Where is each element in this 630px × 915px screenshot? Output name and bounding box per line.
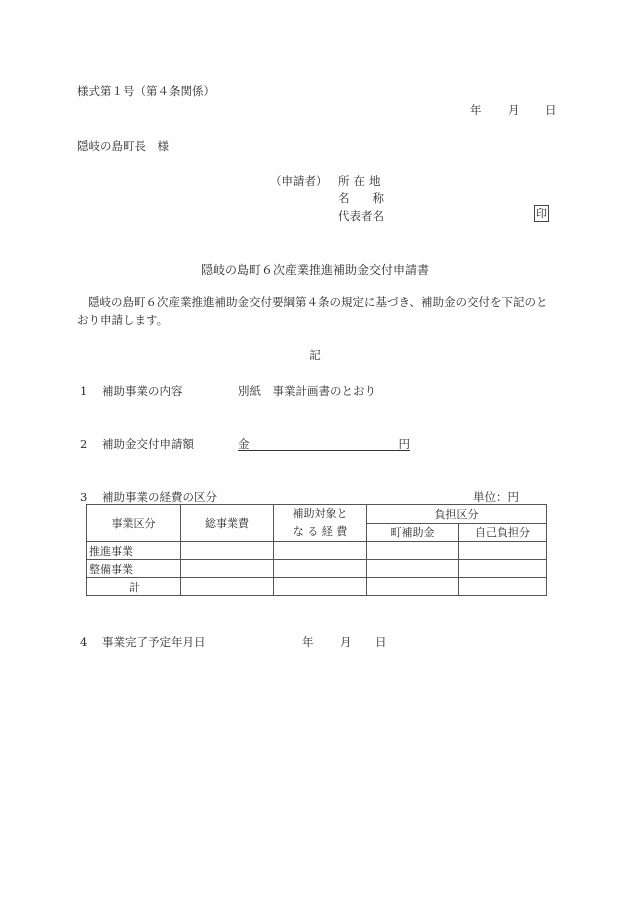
document-title: 隠岐の島町６次産業推進補助金交付申請書 xyxy=(0,261,630,278)
item-3: 3補助事業の経費の区分 xyxy=(80,489,217,505)
item-label: 補助金交付申請額 xyxy=(102,437,194,451)
item-1: 1補助事業の内容 xyxy=(80,383,183,399)
header-eligible-line1: 補助対象と xyxy=(274,505,366,523)
unit-label: 単位：円 xyxy=(473,489,519,505)
row-label: 推進事業 xyxy=(87,542,181,560)
body-text: 隠岐の島町６次産業推進補助金交付要綱第４条の規定に基づき、補助金の交付を下記のと… xyxy=(77,293,557,329)
addressee: 隠岐の島町長 様 xyxy=(77,138,169,154)
item-label: 補助事業の経費の区分 xyxy=(102,490,217,504)
field-address-label: 所在地 xyxy=(338,173,385,189)
date-month: 月 xyxy=(508,102,520,118)
cell-eligible[interactable] xyxy=(274,560,367,578)
header-eligible: 補助対象と な る 経 費 xyxy=(274,505,367,542)
item-number: 1 xyxy=(80,384,102,398)
completion-year: 年 xyxy=(302,634,314,650)
applicant-label: （申請者） xyxy=(270,173,328,189)
cell-town-subsidy[interactable] xyxy=(367,560,459,578)
item-4: 4事業完了予定年月日 xyxy=(80,634,206,650)
cell-self-burden[interactable] xyxy=(459,578,547,596)
completion-month: 月 xyxy=(340,634,352,650)
header-category: 事業区分 xyxy=(87,505,181,542)
amount-suffix: 円 xyxy=(399,436,411,452)
header-total: 総事業費 xyxy=(181,505,274,542)
amount-prefix: 金 xyxy=(238,437,250,451)
item-number: 2 xyxy=(80,437,102,451)
cell-eligible[interactable] xyxy=(274,542,367,560)
form-number: 様式第１号（第４条関係） xyxy=(77,83,215,99)
cell-self-burden[interactable] xyxy=(459,542,547,560)
item-2: 2補助金交付申請額 xyxy=(80,436,194,452)
seal-mark: 印 xyxy=(534,205,549,222)
item-number: 4 xyxy=(80,635,102,649)
cell-total[interactable] xyxy=(181,578,274,596)
cell-town-subsidy[interactable] xyxy=(367,578,459,596)
header-self-burden: 自己負担分 xyxy=(459,523,547,542)
table-row: 整備事業 xyxy=(87,560,547,578)
date-year: 年 xyxy=(470,102,482,118)
cell-eligible[interactable] xyxy=(274,578,367,596)
header-burden: 負担区分 xyxy=(367,505,547,524)
cell-total[interactable] xyxy=(181,542,274,560)
row-label: 計 xyxy=(87,578,181,596)
header-town-subsidy: 町補助金 xyxy=(367,523,459,542)
date-day: 日 xyxy=(545,102,557,118)
item-1-value: 別紙 事業計画書のとおり xyxy=(238,383,376,399)
item-label: 補助事業の内容 xyxy=(102,384,183,398)
field-representative-label: 代表者名 xyxy=(338,208,384,224)
field-name-label: 名 称 xyxy=(338,190,384,206)
cell-town-subsidy[interactable] xyxy=(367,542,459,560)
completion-day: 日 xyxy=(375,634,387,650)
cost-table: 事業区分 総事業費 補助対象と な る 経 費 負担区分 町補助金 自己負担分 … xyxy=(86,504,547,596)
amount-field[interactable]: 金 円 xyxy=(238,436,410,451)
table-row: 計 xyxy=(87,578,547,596)
cell-self-burden[interactable] xyxy=(459,560,547,578)
row-label: 整備事業 xyxy=(87,560,181,578)
header-eligible-line2: な る 経 費 xyxy=(274,523,366,541)
item-label: 事業完了予定年月日 xyxy=(102,635,206,649)
cell-total[interactable] xyxy=(181,560,274,578)
table-row: 推進事業 xyxy=(87,542,547,560)
item-number: 3 xyxy=(80,490,102,504)
ki-heading: 記 xyxy=(0,347,630,363)
